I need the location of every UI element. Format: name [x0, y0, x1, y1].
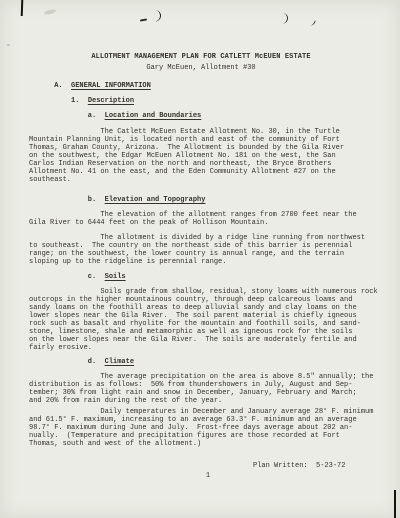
heading-label: Description — [88, 97, 134, 105]
heading-prefix: c. — [29, 273, 105, 281]
paragraph-line: range; on the southwest, the lower count… — [29, 250, 373, 258]
paragraph-line: to southeast. The country on the northea… — [29, 242, 373, 250]
paragraph: The elevation of the allotment ranges fr… — [29, 211, 373, 227]
section-heading: A. GENERAL INFORMATION — [29, 82, 373, 90]
paragraph-line: lower slopes near the Gila River. The so… — [29, 312, 373, 320]
paragraph-line: Mountain Planning Unit, is located north… — [29, 136, 373, 144]
paragraph-line: 98.7° F. maximum during June and July. F… — [29, 424, 373, 432]
document-subtitle: Gary McEuen, Allotment #30 — [29, 64, 373, 72]
text-column: ALLOTMENT MANAGEMENT PLAN FOR CATLETT Mc… — [0, 0, 400, 480]
section-heading: d. Climate — [29, 358, 373, 366]
paragraph-line: tember; 30% from light rain and snow in … — [29, 389, 373, 397]
document-body: A. GENERAL INFORMATION 1. Description a.… — [29, 82, 373, 448]
paragraph: Daily temperatures in December and Janua… — [29, 408, 373, 448]
paragraph-line: on the lower slopes near the Gila River.… — [29, 336, 373, 344]
section-heading: a. Location and Boundaries — [29, 112, 373, 120]
paragraph-line: The allotment is divided by a ridge line… — [29, 234, 373, 242]
paragraph-line: sandy loams on the foothill areas to dee… — [29, 304, 373, 312]
paragraph-line: Allotment No. 41 on the east, and the Ed… — [29, 168, 373, 176]
paragraph-line: sloping up to the ridgeline is perennial… — [29, 258, 373, 266]
paragraph-line: Gila River to 6444 feet on the peak of H… — [29, 219, 373, 227]
paragraph: The average precipitation on the area is… — [29, 373, 373, 405]
plan-written-label: Plan Written: — [253, 462, 308, 470]
paragraph-line: Daily temperatures in December and Janua… — [29, 408, 373, 416]
section-heading: c. Soils — [29, 273, 373, 281]
paragraph-line: outcrops in the higher mountainous count… — [29, 296, 373, 304]
plan-written-gap — [308, 462, 316, 470]
paragraph-line: Thomas, south and west of the allotment.… — [29, 440, 373, 448]
paragraph: Soils grade from shallow, residual, ston… — [29, 288, 373, 352]
heading-prefix: a. — [29, 112, 105, 120]
section-heading: b. Elevation and Topography — [29, 196, 373, 204]
heading-label: GENERAL INFORMATION — [71, 82, 151, 90]
heading-label: Soils — [105, 273, 126, 281]
scan-mark-vertical-line-bottom-right — [394, 490, 396, 518]
paragraph: The allotment is divided by a ridge line… — [29, 234, 373, 266]
heading-label: Climate — [105, 358, 134, 366]
page-number: 1 — [29, 472, 373, 480]
scan-dot-left-margin — [7, 44, 10, 46]
paragraph-line: Carlos Indian Reservation on the north a… — [29, 160, 373, 168]
paragraph-line: on the southwest, the Edgar McEuen Allot… — [29, 152, 373, 160]
paragraph-line: The elevation of the allotment ranges fr… — [29, 211, 373, 219]
heading-prefix: 1. — [29, 97, 88, 105]
scanned-document-page: ALLOTMENT MANAGEMENT PLAN FOR CATLETT Mc… — [0, 0, 400, 518]
section-heading: 1. Description — [29, 97, 373, 105]
plan-written-date: 5-23-72 — [316, 462, 345, 470]
paragraph-line: Thomas, Graham County, Arizona. The Allo… — [29, 144, 373, 152]
paragraph-line: nually. (Temperature and precipitation f… — [29, 432, 373, 440]
plan-written-line: Plan Written: 5-23-72 — [29, 462, 373, 470]
paragraph-line: The average precipitation on the area is… — [29, 373, 373, 381]
paragraph-line: Soils grade from shallow, residual, ston… — [29, 288, 373, 296]
paragraph-line: fairly erosive. — [29, 344, 373, 352]
paragraph: The Catlett McEuen Estate Allotment No. … — [29, 128, 373, 184]
heading-prefix: b. — [29, 196, 105, 204]
paragraph-line: and 20% from rain during the rest of the… — [29, 397, 373, 405]
heading-label: Elevation and Topography — [105, 196, 206, 204]
paragraph-line: stone, limestone, shale and metamorphic … — [29, 328, 373, 336]
paragraph-line: and 61.5° F. maximum, increasing to an a… — [29, 416, 373, 424]
heading-prefix: d. — [29, 358, 105, 366]
heading-prefix: A. — [29, 82, 71, 90]
paragraph-line: The Catlett McEuen Estate Allotment No. … — [29, 128, 373, 136]
heading-label: Location and Boundaries — [105, 112, 202, 120]
paragraph-line: distribution is as follows: 50% from thu… — [29, 381, 373, 389]
document-title: ALLOTMENT MANAGEMENT PLAN FOR CATLETT Mc… — [29, 53, 373, 61]
paragraph-line: rock such as basalt and rhyolite for the… — [29, 320, 373, 328]
paragraph-line: southeast. — [29, 176, 373, 184]
